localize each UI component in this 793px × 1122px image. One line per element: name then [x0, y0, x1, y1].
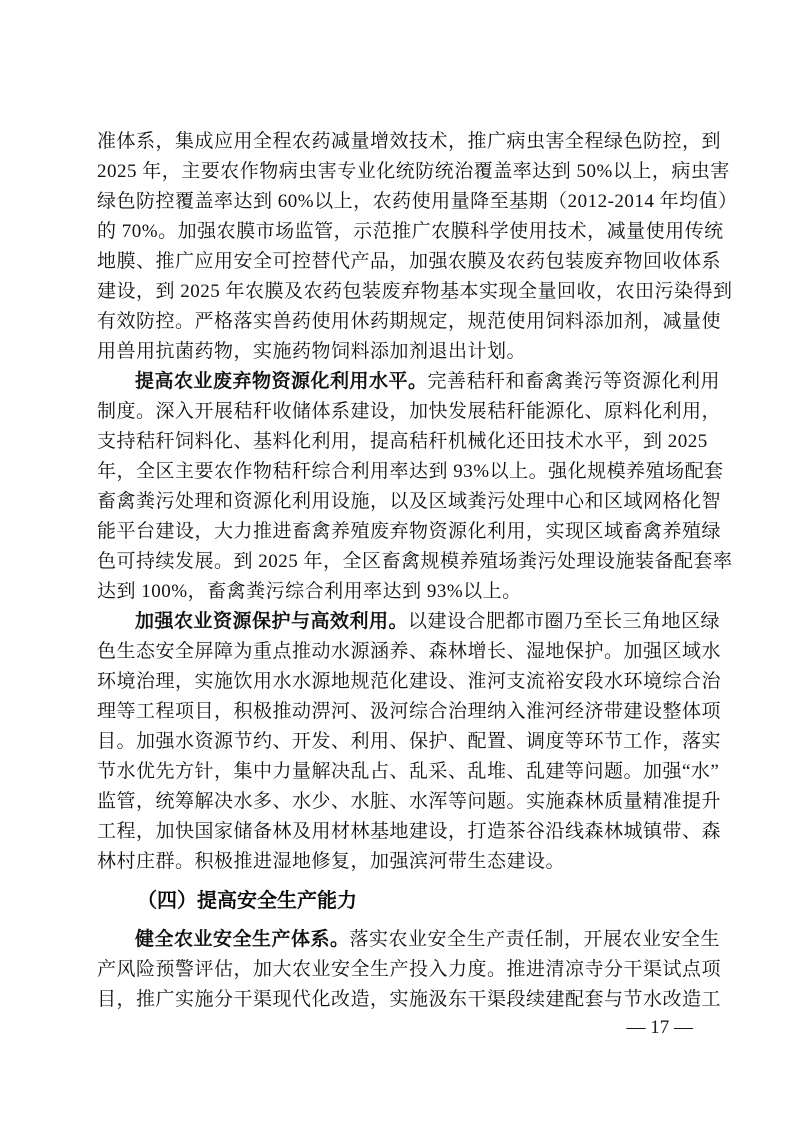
text-block: 准体系，集成应用全程农药减量增效技术，推广病虫害全程绿色防控，到2025 年，主…: [97, 127, 695, 1015]
page-number: — 17 —: [627, 1014, 694, 1042]
body-line: 绿色防控覆盖率达到 60%以上，农药使用量降至基期（2012-2014 年均值）: [97, 187, 695, 217]
line-text: 工程，加快国家储备林及用材林基地建设，打造茶谷沿线森林城镇带、森: [97, 821, 721, 842]
line-text: 畜禽粪污处理和资源化利用设施，以及区域粪污处理中心和区域网格化智: [97, 491, 721, 512]
body-line: 目。加强水资源节约、开发、利用、保护、配置、调度等环节工作，落实: [97, 727, 695, 757]
line-text: 制度。深入开展秸秆收储体系建设，加快发展秸秆能源化、原料化利用，: [97, 401, 721, 422]
line-text: 能平台建设，大力推进畜禽养殖废弃物资源化利用，实现区域畜禽养殖绿: [97, 521, 721, 542]
body-line: 2025 年，主要农作物病虫害专业化统防统治覆盖率达到 50%以上，病虫害: [97, 157, 695, 187]
line-text: 目，推广实施分干渠现代化改造，实施汲东干渠段续建配套与节水改造工: [97, 989, 721, 1010]
body-line: 加强农业资源保护与高效利用。以建设合肥都市圈乃至长三角地区绿: [97, 607, 695, 637]
body-line: 色生态安全屏障为重点推动水源涵养、森林增长、湿地保护。加强区域水: [97, 637, 695, 667]
body-line: 地膜、推广应用安全可控替代产品，加强农膜及农药包装废弃物回收体系: [97, 247, 695, 277]
line-text: 监管，统筹解决水多、水少、水脏、水浑等问题。实施森林质量精准提升: [97, 791, 721, 812]
body-line: 健全农业安全生产体系。落实农业安全生产责任制，开展农业安全生: [97, 925, 695, 955]
line-text: 色可持续发展。到 2025 年，全区畜禽规模养殖场粪污处理设施装备配套率: [97, 551, 733, 572]
body-line: 色可持续发展。到 2025 年，全区畜禽规模养殖场粪污处理设施装备配套率: [97, 547, 695, 577]
line-text: 有效防控。严格落实兽药使用休药期规定，规范使用饲料添加剂，减量使: [97, 311, 721, 332]
body-line: 有效防控。严格落实兽药使用休药期规定，规范使用饲料添加剂，减量使: [97, 307, 695, 337]
body-line: 用兽用抗菌药物，实施药物饲料添加剂退出计划。: [97, 337, 695, 367]
line-text: 林村庄群。积极推进湿地修复，加强滨河带生态建设。: [97, 851, 565, 872]
line-text: 以建设合肥都市圈乃至长三角地区绿: [408, 611, 720, 632]
line-text: 2025 年，主要农作物病虫害专业化统防统治覆盖率达到 50%以上，病虫害: [97, 161, 730, 182]
line-text: 的 70%。加强农膜市场监管，示范推广农膜科学使用技术，减量使用传统: [97, 221, 724, 242]
body-line: 达到 100%，畜禽粪污综合利用率达到 93%以上。: [97, 577, 695, 607]
line-text: 达到 100%，畜禽粪污综合利用率达到 93%以上。: [97, 581, 522, 602]
body-line: 节水优先方针，集中力量解决乱占、乱采、乱堆、乱建等问题。加强“水”: [97, 757, 695, 787]
body-line: 工程，加快国家储备林及用材林基地建设，打造茶谷沿线森林城镇带、森: [97, 817, 695, 847]
body-line: 制度。深入开展秸秆收储体系建设，加快发展秸秆能源化、原料化利用，: [97, 397, 695, 427]
body-line: 建设，到 2025 年农膜及农药包装废弃物基本实现全量回收，农田污染得到: [97, 277, 695, 307]
body-line: 畜禽粪污处理和资源化利用设施，以及区域粪污处理中心和区域网格化智: [97, 487, 695, 517]
body-line: 准体系，集成应用全程农药减量增效技术，推广病虫害全程绿色防控，到: [97, 127, 695, 157]
body-line: 环境治理，实施饮用水水源地规范化建设、淮河支流裕安段水环境综合治: [97, 667, 695, 697]
body-line: 产风险预警评估，加大农业安全生产投入力度。推进清凉寺分干渠试点项: [97, 955, 695, 985]
line-text: 支持秸秆饲料化、基料化利用，提高秸秆机械化还田技术水平，到 2025: [97, 431, 708, 452]
body-line: 能平台建设，大力推进畜禽养殖废弃物资源化利用，实现区域畜禽养殖绿: [97, 517, 695, 547]
line-text: 色生态安全屏障为重点推动水源涵养、森林增长、湿地保护。加强区域水: [97, 641, 721, 662]
line-text: 建设，到 2025 年农膜及农药包装废弃物基本实现全量回收，农田污染得到: [97, 281, 733, 302]
line-text: 目。加强水资源节约、开发、利用、保护、配置、调度等环节工作，落实: [97, 731, 721, 752]
line-text: 绿色防控覆盖率达到 60%以上，农药使用量降至基期（2012-2014 年均值）: [97, 191, 738, 212]
document-page: 准体系，集成应用全程农药减量增效技术，推广病虫害全程绿色防控，到2025 年，主…: [0, 0, 793, 1122]
bold-lead: 健全农业安全生产体系。: [135, 929, 350, 950]
line-text: 理等工程项目，积极推动淠河、汲河综合治理纳入淮河经济带建设整体项: [97, 701, 721, 722]
line-text: 产风险预警评估，加大农业安全生产投入力度。推进清凉寺分干渠试点项: [97, 959, 721, 980]
line-text: 落实农业安全生产责任制，开展农业安全生: [350, 929, 721, 950]
body-line: 监管，统筹解决水多、水少、水脏、水浑等问题。实施森林质量精准提升: [97, 787, 695, 817]
line-text: 节水优先方针，集中力量解决乱占、乱采、乱堆、乱建等问题。加强“水”: [97, 761, 719, 782]
body-line: 目，推广实施分干渠现代化改造，实施汲东干渠段续建配套与节水改造工: [97, 985, 695, 1015]
bold-lead: 提高农业废弃物资源化利用水平。: [135, 371, 428, 392]
line-text: 准体系，集成应用全程农药减量增效技术，推广病虫害全程绿色防控，到: [97, 131, 721, 152]
body-line: 的 70%。加强农膜市场监管，示范推广农膜科学使用技术，减量使用传统: [97, 217, 695, 247]
body-line: 提高农业废弃物资源化利用水平。完善秸秆和畜禽粪污等资源化利用: [97, 367, 695, 397]
body-line: 支持秸秆饲料化、基料化利用，提高秸秆机械化还田技术水平，到 2025: [97, 427, 695, 457]
section-heading: （四）提高安全生产能力: [97, 886, 695, 916]
body-line: 理等工程项目，积极推动淠河、汲河综合治理纳入淮河经济带建设整体项: [97, 697, 695, 727]
line-text: 地膜、推广应用安全可控替代产品，加强农膜及农药包装废弃物回收体系: [97, 251, 721, 272]
line-text: 完善秸秆和畜禽粪污等资源化利用: [428, 371, 721, 392]
bold-lead: 加强农业资源保护与高效利用。: [135, 611, 408, 632]
line-text: 环境治理，实施饮用水水源地规范化建设、淮河支流裕安段水环境综合治: [97, 671, 721, 692]
body-line: 年，全区主要农作物秸秆综合利用率达到 93%以上。强化规模养殖场配套: [97, 457, 695, 487]
line-text: 年，全区主要农作物秸秆综合利用率达到 93%以上。强化规模养殖场配套: [97, 461, 724, 482]
body-line: 林村庄群。积极推进湿地修复，加强滨河带生态建设。: [97, 847, 695, 877]
line-text: 用兽用抗菌药物，实施药物饲料添加剂退出计划。: [97, 341, 526, 362]
